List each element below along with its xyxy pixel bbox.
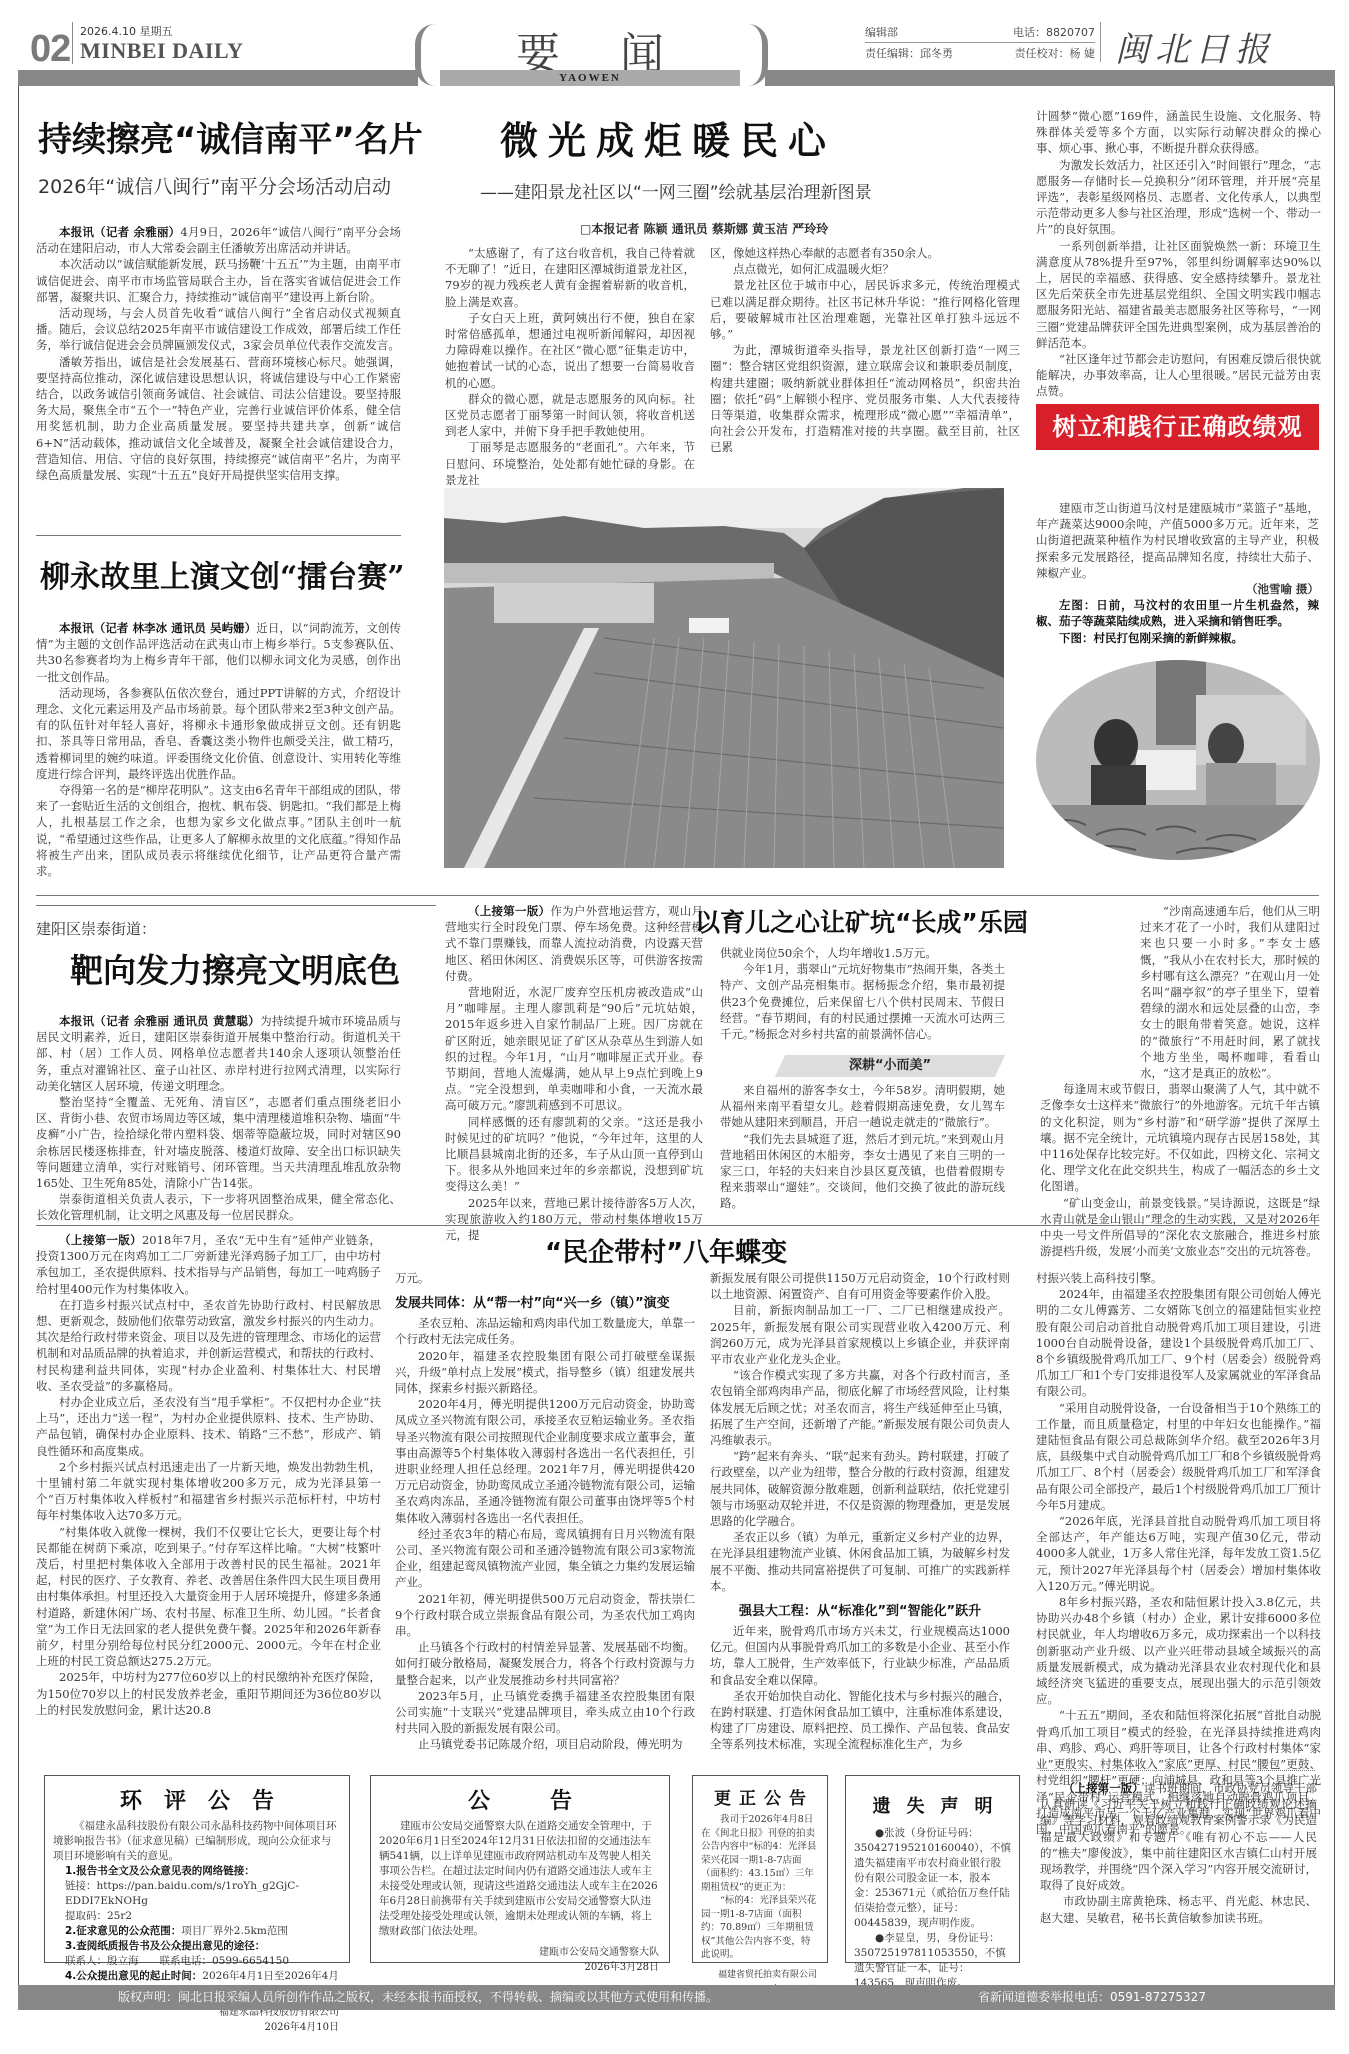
feature-column-3: 计圆梦“微心愿”169件，涵盖民生设施、文化服务、特殊群体关爱等多个方面，以实际… bbox=[1036, 108, 1321, 400]
paper-name-en: MINBEI DAILY bbox=[80, 38, 244, 64]
paragraph: 营地附近，水泥厂废弃空压机房被改造成“山月”咖啡屋。主理人廖凯莉是“90后”元坑… bbox=[445, 984, 703, 1114]
paragraph: 2020年，福建圣农控股集团有限公司打破壁垒谋振兴，升级“单村点上发展”模式，指… bbox=[395, 1348, 695, 1397]
paragraph: 2020年4月，傅光明提供1200万元启动资金，协助鸾凤成立圣兴物流有限公司，承… bbox=[395, 1396, 695, 1526]
paragraph: 止马镇党委书记陈晟介绍，项目启动阶段，傅光明为 bbox=[395, 1736, 695, 1752]
lead-byline: 本报讯（记者 余雅丽 通讯员 黄慧聪） bbox=[59, 1014, 260, 1028]
notice-title: 更正公告 bbox=[693, 1776, 827, 1813]
photo-caption: 建瓯市芝山街道马汶村是建瓯城市“菜篮子”基地，年产蔬菜达9000余吨，产值500… bbox=[1036, 500, 1319, 646]
subhead-county: 强县大工程：从“标准化”到“智能化”跃升 bbox=[710, 1600, 1010, 1619]
notice-body: “标的4：光泽县荣兴花园一期1-8-7店面（面积约：70.89㎡）三年期租赁权”… bbox=[701, 1894, 819, 1962]
paragraph: 每逢周末或节假日，翡翠山聚满了人气，其中就不乏像李女士这样来“微旅行”的外地游客… bbox=[1040, 1081, 1320, 1194]
paragraph: “2026年底，光泽县首批自动脱骨鸡爪加工项目将全部达产，年产能达6万吨，实现产… bbox=[1036, 1513, 1321, 1594]
paragraph: 一系列创新举措，让社区面貌焕然一新：环境卫生满意度从78%提升至97%，邻里纠纷… bbox=[1036, 238, 1321, 351]
paragraph: 读书班期间，市政协党员领导干部认真研读《习近平关于树立和践行正确政绩观论述摘编》… bbox=[1040, 1781, 1317, 1892]
paragraph: 活动现场，各参赛队伍依次登台，通过PPT讲解的方式，介绍设计理念、文化元素运用及… bbox=[36, 685, 401, 782]
feature-column-1: “太感谢了，有了这台收音机，我自己待着就不无聊了！”近日，在建阳区潭城街道景龙社… bbox=[445, 245, 695, 488]
notice-lost-declaration: 遗失声明 ●张波（身份证号码：350427195210160040），不慎遗失福… bbox=[845, 1775, 1020, 1963]
notice-item-label: 3.查阅纸质报告书及公众提出意见的途径： bbox=[65, 1940, 265, 1952]
proof-label: 责任校对：杨 婕 bbox=[1015, 45, 1096, 61]
headline-chongtai: 靶向发力擦亮文明底色 bbox=[70, 945, 400, 992]
download-link[interactable]: 链接：https://pan.baidu.com/s/1roYh_g2GjC-E… bbox=[65, 1880, 299, 1907]
notice-body: 我司于2026年4月8日在《闽北日报》刊登的拍卖公告内容中“标的4：光泽县荣兴花… bbox=[701, 1813, 819, 1894]
section-divider bbox=[36, 1225, 1319, 1226]
paragraph: 万元。 bbox=[395, 1270, 695, 1286]
feature-column-2: 区，像她这样热心奉献的志愿者有350余人。 点点微光，如何汇成温暖火炬？ 景龙社… bbox=[710, 245, 1020, 456]
paragraph: 圣农正以乡（镇）为单元，重新定义乡村产业的边界，在光泽县组建物流产业镇、休闲食品… bbox=[710, 1529, 1010, 1594]
paragraph: 村办企业成立后，圣农没有当“甩手掌柜”。不仅把村办企业“扶上马”，还出力“送一程… bbox=[36, 1394, 381, 1459]
subhead-community: 发展共同体：从“帮一村”向“兴一乡（镇）”演变 bbox=[395, 1292, 695, 1311]
notice-environmental: 环评公告 《福建永晶科技股份有限公司永晶科技药物中间体项目环境影响报告书》（征求… bbox=[44, 1775, 350, 1963]
newspaper-logo: 闽北日报 bbox=[1115, 22, 1275, 71]
paragraph: 供就业岗位50余个，人均年增收1.5万元。 bbox=[720, 945, 1005, 961]
editorial-info: 编辑部电话：8820707 责任编辑：邱冬勇责任校对：杨 婕 bbox=[865, 22, 1095, 63]
masthead-divider bbox=[72, 22, 73, 64]
notice-item-value: 项目厂界外2.5km范围 bbox=[181, 1925, 288, 1937]
paragraph: 在打造乡村振兴试点村中，圣农首先协助行政村、村民解放思想、更新观念，鼓励他们依靠… bbox=[36, 1297, 381, 1394]
notice-date: 2026年4月10日 bbox=[55, 2020, 339, 2035]
paragraph: 区，像她这样热心奉献的志愿者有350余人。 bbox=[710, 245, 1020, 261]
mine-column-2: 供就业岗位50余个，人均年增收1.5万元。 今年1月，翡翠山“元坑好物集市”热闹… bbox=[720, 945, 1005, 1042]
headline-feature: 微光成炬暖民心 bbox=[500, 110, 836, 165]
paragraph: “矿山变金山，前景变钱景。”吴诗源说，这既是“绿水青山就是金山银山”理念的生动实… bbox=[1040, 1195, 1320, 1260]
paragraph: “我们先去县城逛了逛，然后才到元坑。”来到观山月营地稻田休闲区的木船旁，李女士遇… bbox=[720, 1131, 1005, 1212]
paragraph: 今年1月，翡翠山“元坑好物集市”热闹开集，各类土特产、文创产品亮相集市。据杨振念… bbox=[720, 961, 1005, 1042]
lost-item: ●张波（身份证号码：350427195210160040），不慎遗失福建南平市农… bbox=[854, 1826, 1011, 1931]
paragraph: 2023年5月，止马镇党委携手福建圣农控股集团有限公司实施“十支联兴”党建品牌项… bbox=[395, 1688, 695, 1737]
bottom-photo-caption: 下图：村民打包刚采摘的新鲜辣椒。 bbox=[1036, 630, 1319, 646]
divider bbox=[36, 535, 401, 536]
editor-label: 责任编辑：邱冬勇 bbox=[865, 45, 953, 61]
paragraph: 圣农豆粕、冻品运输和鸡肉串代加工数量庞大，单靠一个行政村无法完成任务。 bbox=[395, 1315, 695, 1347]
village-column-4: 村振兴装上高科技引擎。 2024年，由福建圣农控股集团有限公司创始人傅光明的二女… bbox=[1036, 1270, 1321, 1837]
paragraph: 经过圣农3年的精心布局，鸾凤镇拥有日月兴物流有限公司、圣兴物流有限公司和圣通冷链… bbox=[395, 1526, 695, 1591]
paragraph: 群众的微心愿，就是志愿服务的风向标。社区党员志愿者丁丽琴第一时间认领，将收音机送… bbox=[445, 391, 695, 440]
headline-integrity: 持续擦亮“诚信南平”名片 bbox=[38, 112, 423, 161]
village-column-2: 万元。 发展共同体：从“帮一村”向“兴一乡（镇）”演变 圣农豆粕、冻品运输和鸡肉… bbox=[395, 1270, 695, 1753]
extraction-code: 提取码：25r2 bbox=[65, 1910, 132, 1922]
paragraph: 丁丽琴是志愿服务的“老面孔”。六年来，节日慰问、环境整治，处处都有她忙碌的身影。… bbox=[445, 439, 695, 488]
article-body-chongtai: 本报讯（记者 余雅丽 通讯员 黄慧聪）为持续提升城市环境品质与居民文明素养，近日… bbox=[36, 1013, 401, 1224]
aerial-farmland-photo bbox=[444, 488, 1004, 868]
lead-byline: 本报讯（记者 余雅丽） bbox=[59, 225, 180, 239]
campaign-banner: 树立和践行正确政绩观 bbox=[1036, 404, 1319, 450]
mine-column-2b: 来自福州的游客李女士，今年58岁。清明假期，她从福州来南平看望女儿。趁着假期高速… bbox=[720, 1082, 1005, 1212]
mine-column-1: （上接第一版）作为户外营地运营方，观山月营地实行全时段免门票、停车场免费。这种经… bbox=[445, 903, 703, 1243]
paragraph: “沙南高速通车后，他们从三明过来才花了一小时，我们从建阳过来也只要一小时多。”李… bbox=[1040, 903, 1320, 1081]
lead-byline: 本报讯（记者 林李冰 通讯员 吴屿姗） bbox=[59, 621, 256, 635]
subheadline-integrity: 2026年“诚信八闽行”南平分会场活动启动 bbox=[38, 172, 391, 199]
paragraph: 2025年，中坊村为277位60岁以上的村民缴纳补充医疗保险，为150位70岁以… bbox=[36, 1669, 381, 1718]
paragraph: 崇泰街道相关负责人表示，下一步将巩固整治成果，健全常态化、长效化管理机制，让文明… bbox=[36, 1191, 401, 1223]
masthead-bar-right bbox=[765, 70, 1335, 86]
paragraph: 来自福州的游客李女士，今年58岁。清明假期，她从福州来南平看望女儿。趁着假期高速… bbox=[720, 1082, 1005, 1131]
paragraph: 同样感慨的还有廖凯莉的父亲。“这还是我小时候见过的矿坑吗？”他说，“今年过年，这… bbox=[445, 1114, 703, 1195]
paragraph: 村振兴装上高科技引擎。 bbox=[1036, 1270, 1321, 1286]
lead-byline: （上接第一版） bbox=[1063, 1781, 1144, 1795]
headline-mine: 以育儿之心让矿坑“长成”乐园 bbox=[695, 903, 1028, 939]
notice-title: 公告 bbox=[371, 1776, 669, 1819]
article-body-liuyong: 本报讯（记者 林李冰 通讯员 吴屿姗）近日，以“词韵流芳，文创传情”为主题的文创… bbox=[36, 620, 401, 879]
paragraph: “采用自动脱骨设备，一台设备相当于10个熟练工的工作量，而且质量稳定，村里的中年… bbox=[1036, 1400, 1321, 1513]
dotted-divider bbox=[1040, 1770, 1315, 1771]
notice-intro: 《福建永晶科技股份有限公司永晶科技药物中间体项目环境影响报告书》（征求意见稿）已… bbox=[53, 1819, 341, 1864]
village-column-3: 新振发展有限公司提供1150万元启动资金，10个行政村则以土地资源、闲置资产、自… bbox=[710, 1270, 1010, 1753]
paragraph: 2021年初，傅光明提供500万元启动资金，帮扶崇仁9个行政村联合成立崇振食品有… bbox=[395, 1591, 695, 1640]
paragraph: “社区逢年过节都会走访慰问，有困难反馈后很快就能解决，办事效率高，让人心里很暖。… bbox=[1036, 351, 1321, 400]
notice-item-label: 4.公众提出意见的起止时间： bbox=[65, 1970, 202, 1982]
paragraph: “村集体收入就像一棵树，我们不仅要让它长大，更要让每个村民都能在树荫下乘凉，吃到… bbox=[36, 1524, 381, 1670]
paragraph: 圣农开始加快自动化、智能化技术与乡村振兴的融合，在跨村联建、打造休闲食品加工镇中… bbox=[710, 1688, 1010, 1753]
article-body-integrity: 本报讯（记者 余雅丽）4月9日，2026年“诚信八闽行”南平分会场活动在建阳启动… bbox=[36, 224, 401, 483]
notice-item-label: 1.报告书全文及公众意见表的网络链接： bbox=[65, 1865, 255, 1877]
copyright-statement: 版权声明：闽北日报采编人员所创作作品之版权，未经本报书面授权，不得转载、摘编或以… bbox=[118, 1985, 718, 2010]
masthead-bar-left bbox=[18, 70, 418, 86]
subhead-small-beautiful: 深耕“小而美” bbox=[780, 1055, 1000, 1077]
paragraph: 活动现场，与会人员首先收看“诚信八闽行”全省启动仪式视频直播。随后，会议总结20… bbox=[36, 305, 401, 354]
divider bbox=[36, 905, 436, 906]
notice-date: 2026年3月28日 bbox=[381, 1960, 659, 1975]
paragraph: 2个乡村振兴试点村迅速走出了一片新天地，焕发出勃勃生机，十里铺村第二年就实现村集… bbox=[36, 1459, 381, 1524]
notice-title: 遗失声明 bbox=[846, 1776, 1019, 1826]
paragraph: 市政协副主席黄艳珠、杨志平、肖光彪、林忠民、赵大建、吴敏君，秘书长黄信敏参加读书… bbox=[1040, 1893, 1317, 1925]
paragraph: 新振发展有限公司提供1150万元启动资金，10个行政村则以土地资源、闲置资产、自… bbox=[710, 1270, 1010, 1302]
villagers-packing-peppers-photo bbox=[1036, 655, 1321, 865]
paragraph: 为此，潭城街道牵头指导，景龙社区创新打造“一网三圈”：整合辖区党组织资源，建立联… bbox=[710, 342, 1020, 455]
footer-bar: 版权声明：闽北日报采编人员所创作作品之版权，未经本报书面授权，不得转载、摘编或以… bbox=[18, 1985, 1335, 2010]
paragraph: 点点微光，如何汇成温暖火炬？ bbox=[710, 261, 1020, 277]
paragraph: 景龙社区位于城市中心，居民诉求多元，传统治理模式已难以满足群众期待。社区书记林升… bbox=[710, 277, 1020, 342]
notice-item-label: 2.征求意见的公众范围： bbox=[65, 1925, 181, 1937]
notice-signer: 福建省贸托拍卖有限公司 bbox=[703, 1968, 817, 1983]
lost-item: ●李显皇，男，身份证号：350725197811053550，不慎遗失警官证一本… bbox=[854, 1931, 1011, 1991]
mine-column-3: “沙南高速通车后，他们从三明过来才花了一小时，我们从建阳过来也只要一小时多。”李… bbox=[1040, 903, 1320, 1259]
paragraph: 止马镇各个行政村的村情差异显著、发展基础不均衡。如何打破分散格局，凝聚发展合力，… bbox=[395, 1639, 695, 1688]
paragraph: 本次活动以“诚信赋能新发展，跃马扬鞭‘十五五’”为主题，由南平市诚信促进会、南平… bbox=[36, 256, 401, 305]
notice-item-value: 联系人：殷立海 联系电话：0599-6654150 bbox=[65, 1955, 289, 1967]
byline-feature: □本报记者 陈颖 通讯员 蔡斯娜 黄玉洁 严玲玲 bbox=[580, 220, 828, 237]
section-divider bbox=[36, 895, 1319, 896]
phone-label: 电话：8820707 bbox=[1013, 24, 1095, 40]
paragraph: “该合作模式实现了多方共赢，对各个行政村而言，圣农包销全部鸡肉串产品，彻底化解了… bbox=[710, 1367, 1010, 1448]
paragraph: 潘敏芳指出，诚信是社会发展基石、营商环境核心标尺。她强调，要坚持高位推动，深化诚… bbox=[36, 354, 401, 484]
report-hotline: 省新闻道德委举报电话：0591-87275327 bbox=[978, 1985, 1206, 2010]
headline-liuyong: 柳永故里上演文创“擂台赛” bbox=[40, 552, 405, 596]
dept-label: 编辑部 bbox=[865, 24, 898, 40]
paragraph: 计圆梦“微心愿”169件，涵盖民生设施、文化服务、特殊群体关爱等多个方面，以实际… bbox=[1036, 108, 1321, 157]
section-title-en: YAOWEN bbox=[440, 70, 740, 86]
lead-byline: （上接第一版） bbox=[468, 904, 550, 918]
lead-byline: （上接第一版） bbox=[59, 1233, 142, 1247]
paragraph: 整治坚持“全覆盖、无死角、清盲区”，志愿者们重点围绕老旧小区、背街小巷、农贸市场… bbox=[36, 1094, 401, 1191]
left-photo-caption: 左图：日前，马汶村的农田里一片生机盎然，辣椒、茄子等蔬菜陆续成熟，进入采摘和销售… bbox=[1036, 597, 1319, 629]
editorial-divider bbox=[1100, 22, 1101, 62]
kicker-chongtai: 建阳区崇泰街道： bbox=[36, 918, 156, 939]
paragraph: 近年来，脱骨鸡爪市场方兴未艾，行业规模高达1000亿元。但国内从事脱骨鸡爪加工的… bbox=[710, 1623, 1010, 1688]
headline-village: “民企带村”八年蝶变 bbox=[545, 1232, 787, 1269]
paragraph: “跨”起来有奔头、“联”起来有劲头。跨村联建，打破了行政壁垒，以产业为纽带，整合… bbox=[710, 1448, 1010, 1529]
notice-title: 环评公告 bbox=[45, 1776, 349, 1819]
paragraph: 8年乡村振兴路，圣农和陆恒累计投入3.8亿元，共协助兴办48个乡镇（村办）企业，… bbox=[1036, 1594, 1321, 1707]
paragraph: 为激发长效活力，社区还引入“时间银行”理念，“志愿服务—存储时长—兑换积分”闭环… bbox=[1036, 157, 1321, 238]
notice-body: 建瓯市公安局交通警察大队在道路交通安全管理中，于2020年6月1日至2024年1… bbox=[379, 1819, 661, 1939]
notice-traffic-police: 公告 建瓯市公安局交通警察大队在道路交通安全管理中，于2020年6月1日至202… bbox=[370, 1775, 670, 1963]
village-column-1: （上接第一版）2018年7月，圣农“无中生有”延伸产业链条，投资1300万元在肉… bbox=[36, 1232, 381, 1718]
bracket-left-icon bbox=[415, 24, 435, 86]
paragraph: 2024年，由福建圣农控股集团有限公司创始人傅光明的二女儿傅露芳、二女婿陈飞创立… bbox=[1036, 1286, 1321, 1399]
paragraph: 子女白天上班，黄阿姨出行不便，独自在家时常倍感孤单，想通过电视听新闻解闷，却因视… bbox=[445, 310, 695, 391]
subheadline-feature: ——建阳景龙社区以“一网三圈”绘就基层治理新图景 bbox=[480, 178, 872, 203]
page-number: 02 bbox=[30, 28, 70, 71]
issue-date: 2026.4.10 星期五 bbox=[80, 23, 172, 39]
paragraph: 目前，新振肉制品加工一厂、二厂已相继建成投产。2025年，新振发展有限公司实现营… bbox=[710, 1302, 1010, 1367]
notice-correction: 更正公告 我司于2026年4月8日在《闽北日报》刊登的拍卖公告内容中“标的4：光… bbox=[692, 1775, 828, 1963]
caption-text: 建瓯市芝山街道马汶村是建瓯城市“菜篮子”基地，年产蔬菜达9000余吨，产值500… bbox=[1036, 500, 1319, 581]
cppcc-brief: （上接第一版）读书班期间，市政协党员领导干部认真研读《习近平关于树立和践行正确政… bbox=[1040, 1780, 1317, 1926]
notice-signer: 建瓯市公安局交通警察大队 bbox=[381, 1945, 659, 1960]
paragraph: 夺得第一名的是“柳岸花明队”。这支由6名青年干部组成的团队，带来了一套贴近生活的… bbox=[36, 782, 401, 879]
photo-credit: （池雪喻 摄） bbox=[1036, 581, 1319, 597]
paragraph: “太感谢了，有了这台收音机，我自己待着就不无聊了！”近日，在建阳区潭城街道景龙社… bbox=[445, 245, 695, 310]
